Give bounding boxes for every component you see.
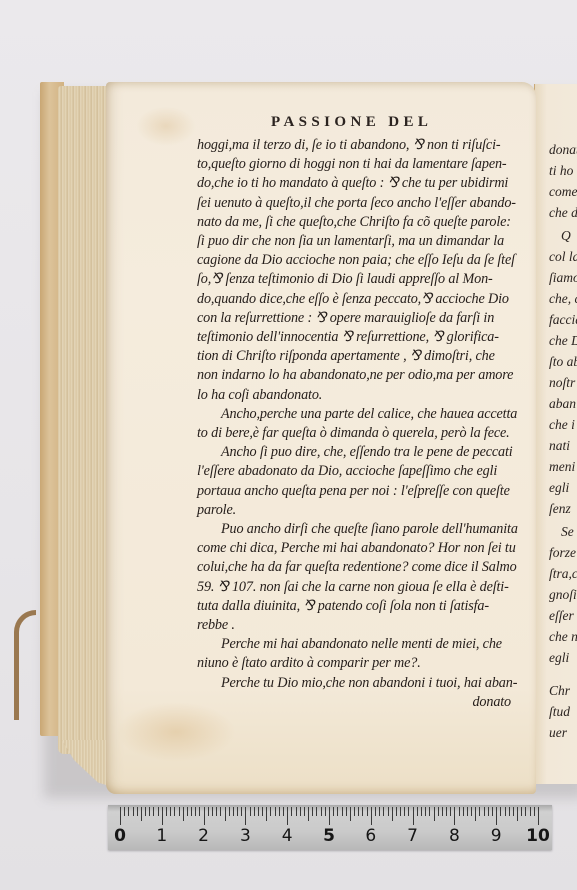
- ruler-tick: [417, 807, 418, 816]
- facing-text-line: gnoſi: [549, 587, 577, 603]
- ruler-tick: [333, 807, 334, 816]
- facing-text-line: egli: [549, 650, 569, 666]
- ruler-tick: [337, 807, 338, 816]
- facing-text-line: eſſer: [549, 608, 574, 624]
- ruler-tick: [479, 807, 480, 816]
- ruler-tick: [362, 807, 363, 816]
- ruler-tick: [195, 807, 196, 816]
- facing-text-line: che n: [549, 629, 577, 645]
- facing-text-line: egli: [549, 480, 569, 496]
- ruler-tick: [149, 807, 150, 816]
- ruler-tick: [459, 807, 460, 816]
- ruler-tick: [329, 807, 330, 825]
- ruler-tick: [450, 807, 451, 816]
- running-head: PASSIONE DEL: [271, 114, 471, 131]
- ruler-tick: [509, 807, 510, 816]
- ruler-tick: [421, 807, 422, 816]
- ruler-tick: [170, 807, 171, 816]
- ruler-tick: [492, 807, 493, 816]
- scale-ruler: 012345678910: [108, 805, 552, 850]
- ruler-tick: [183, 807, 184, 821]
- ruler-tick: [124, 807, 125, 816]
- ruler-tick: [371, 807, 372, 825]
- ruler-tick: [392, 807, 393, 821]
- ruler-tick: [325, 807, 326, 816]
- facing-text-line: che D: [549, 333, 577, 349]
- ruler-tick: [120, 807, 121, 825]
- ruler-tick: [375, 807, 376, 816]
- facing-text-line: noſtr: [549, 375, 575, 391]
- ruler-tick: [300, 807, 301, 816]
- ruler-tick: [204, 807, 205, 825]
- ruler-tick: [388, 807, 389, 816]
- ruler-tick: [279, 807, 280, 816]
- ruler-label: 1: [156, 826, 167, 846]
- facing-text-line: forze: [549, 545, 576, 561]
- ruler-tick: [400, 807, 401, 816]
- ruler-label: 0: [114, 826, 126, 846]
- ruler-tick: [166, 807, 167, 816]
- facing-text-line: che i: [549, 417, 575, 433]
- ruler-tick: [513, 807, 514, 816]
- ruler-tick: [158, 807, 159, 816]
- ruler-tick: [250, 807, 251, 816]
- ruler-tick: [187, 807, 188, 816]
- ruler-tick: [525, 807, 526, 816]
- ruler-tick: [429, 807, 430, 816]
- ruler-tick: [287, 807, 288, 825]
- ruler-tick: [216, 807, 217, 816]
- ruler-tick: [133, 807, 134, 816]
- facing-text-line: faccia: [549, 312, 577, 328]
- ruler-tick: [488, 807, 489, 816]
- ruler-tick: [396, 807, 397, 816]
- ruler-tick: [408, 807, 409, 816]
- ruler-tick: [534, 807, 535, 816]
- facing-text-line: che di: [549, 205, 577, 221]
- ruler-tick: [316, 807, 317, 816]
- ruler-tick: [505, 807, 506, 816]
- ruler-tick: [254, 807, 255, 816]
- ruler-tick: [413, 807, 414, 825]
- ruler-tick: [212, 807, 213, 816]
- ruler-tick: [434, 807, 435, 821]
- facing-text-line: ſtud: [549, 704, 570, 720]
- facing-text-line: ſenz: [549, 501, 571, 517]
- ruler-label: 2: [198, 826, 209, 846]
- ruler-tick: [229, 807, 230, 816]
- ruler-tick: [153, 807, 154, 816]
- facing-text-line: ſiamo: [549, 270, 577, 286]
- ruler-tick: [308, 807, 309, 821]
- facing-text-line: meni: [549, 459, 575, 475]
- facing-text-line: come: [549, 184, 577, 200]
- ruler-tick: [291, 807, 292, 816]
- ruler-tick: [262, 807, 263, 816]
- ruler-tick: [342, 807, 343, 816]
- ruler-tick: [446, 807, 447, 816]
- ruler-tick: [321, 807, 322, 816]
- ruler-tick: [496, 807, 497, 825]
- ruler-label: 3: [240, 826, 251, 846]
- ruler-tick: [500, 807, 501, 816]
- facing-text-line: Q: [561, 228, 571, 244]
- ruler-label: 7: [407, 826, 418, 846]
- ruler-tick: [162, 807, 163, 825]
- ruler-tick: [145, 807, 146, 816]
- ruler-label: 6: [365, 826, 376, 846]
- ruler-label: 10: [526, 826, 550, 846]
- facing-text-line: Se: [561, 524, 574, 540]
- ruler-tick: [128, 807, 129, 816]
- ruler-tick: [438, 807, 439, 816]
- ruler-tick: [174, 807, 175, 816]
- ruler-tick: [225, 807, 226, 821]
- ruler-tick: [304, 807, 305, 816]
- ruler-tick: [521, 807, 522, 816]
- ruler-tick: [137, 807, 138, 816]
- ruler-tick: [425, 807, 426, 816]
- ruler-tick: [270, 807, 271, 816]
- bookmark-ribbon: [14, 610, 36, 720]
- facing-text-line: donat: [549, 142, 577, 158]
- catchword: donato: [197, 691, 511, 714]
- ruler-label: 9: [491, 826, 502, 846]
- ruler-tick: [312, 807, 313, 816]
- ruler-tick: [191, 807, 192, 816]
- ruler-tick: [475, 807, 476, 821]
- ruler-tick: [346, 807, 347, 816]
- ruler-label: 8: [449, 826, 460, 846]
- ruler-tick: [463, 807, 464, 816]
- ruler-tick: [471, 807, 472, 816]
- ruler-tick: [237, 807, 238, 816]
- ruler-tick: [258, 807, 259, 816]
- facing-text-line: Chr: [549, 683, 570, 699]
- ruler-tick: [354, 807, 355, 816]
- facing-text-line: ſtra,c: [549, 566, 577, 582]
- ruler-tick: [517, 807, 518, 821]
- ruler-label: 4: [282, 826, 293, 846]
- ruler-tick: [233, 807, 234, 816]
- ruler-tick: [530, 807, 531, 816]
- ruler-tick: [454, 807, 455, 825]
- page-stack-edges: [58, 86, 110, 754]
- ruler-tick: [275, 807, 276, 816]
- ruler-tick: [379, 807, 380, 816]
- ruler-tick: [367, 807, 368, 816]
- facing-text-line: aban: [549, 396, 576, 412]
- ruler-tick: [484, 807, 485, 816]
- ruler-tick: [404, 807, 405, 816]
- ruler-tick: [538, 807, 539, 825]
- facing-text-line: nati: [549, 438, 570, 454]
- facing-text-line: uer: [549, 725, 567, 741]
- facing-text-line: ti ho: [549, 163, 573, 179]
- facing-text-line: ſto ab: [549, 354, 577, 370]
- ruler-tick: [141, 807, 142, 821]
- facing-text-line: col lac: [549, 249, 577, 265]
- ruler-tick: [283, 807, 284, 816]
- facing-text-line: che, c: [549, 291, 577, 307]
- ruler-tick: [266, 807, 267, 821]
- ruler-tick: [296, 807, 297, 816]
- ruler-tick: [467, 807, 468, 816]
- ruler-tick: [220, 807, 221, 816]
- ruler-tick: [179, 807, 180, 816]
- ruler-tick: [383, 807, 384, 816]
- ruler-tick: [199, 807, 200, 816]
- ruler-label: 5: [323, 826, 335, 846]
- ruler-tick: [208, 807, 209, 816]
- ruler-tick: [358, 807, 359, 816]
- ruler-tick: [245, 807, 246, 825]
- ruler-tick: [350, 807, 351, 821]
- ruler-tick: [442, 807, 443, 816]
- ruler-tick: [241, 807, 242, 816]
